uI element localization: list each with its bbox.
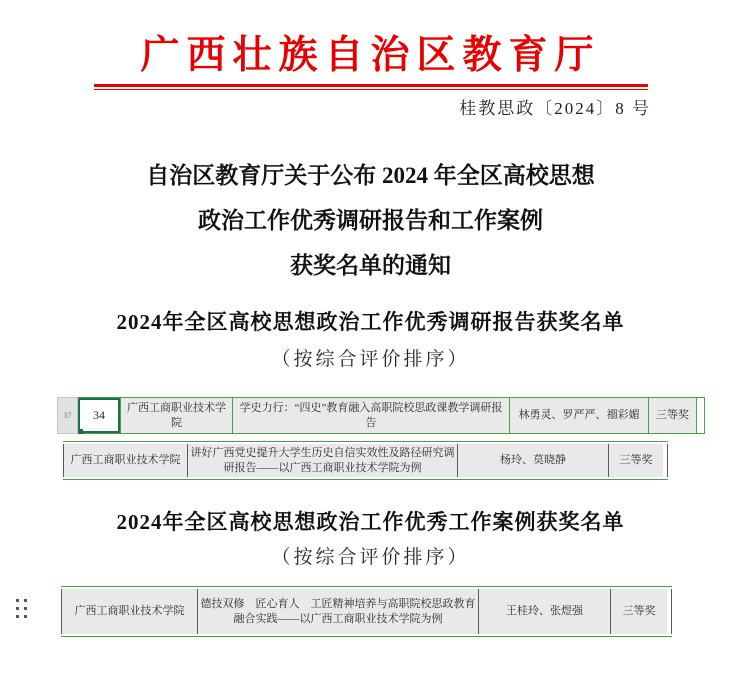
- section-2-subtitle: （按综合评价排序）: [0, 542, 741, 569]
- report-table-row-1: 37 34 广西工商职业技术学院 学史力行：“四史”教育融入高职院校思政课教学调…: [57, 397, 705, 434]
- institution-cell[interactable]: 广西工商职业技术学院: [120, 398, 232, 433]
- org-title: 广西壮族自治区教育厅: [0, 24, 741, 80]
- excel-row-number-cell[interactable]: 37: [57, 397, 78, 434]
- drag-handle-icon[interactable]: [16, 599, 27, 618]
- excel-fill-handle[interactable]: [78, 429, 83, 434]
- work-title-cell[interactable]: 学史力行：“四史”教育融入高职院校思政课教学调研报告: [232, 398, 509, 433]
- authors-cell[interactable]: 王桂玲、张煜强: [478, 589, 610, 634]
- rank-cell[interactable]: 34: [78, 398, 120, 433]
- notice-title-line-3: 获奖名单的通知: [0, 243, 741, 288]
- notice-title-line-1: 自治区教育厅关于公布 2024 年全区高校思想: [0, 153, 741, 198]
- report-row-2-cells: 广西工商职业技术学院 讲好广西党史提升大学生历史自信实效性及路径研究调研报告——…: [63, 444, 668, 477]
- report-row-1-frame: 34 广西工商职业技术学院 学史力行：“四史”教育融入高职院校思政课教学调研报告…: [78, 397, 705, 434]
- section-2-title: 2024年全区高校思想政治工作优秀工作案例获奖名单: [0, 506, 741, 536]
- authors-cell[interactable]: 林勇灵、罗严严、禤彩媚: [509, 398, 648, 433]
- work-title-cell[interactable]: 德技双修 匠心育人 工匠精神培养与高职院校思政教育融合实践——以广西工商职业技术…: [197, 589, 478, 634]
- section-1-subtitle: （按综合评价排序）: [0, 344, 741, 371]
- authors-cell[interactable]: 杨玲、莫晓静: [457, 444, 608, 477]
- document-number: 桂教思政〔2024〕8 号: [0, 94, 651, 119]
- empty-remnant-cell: [663, 444, 668, 477]
- rank-value: 34: [93, 408, 105, 423]
- institution-cell[interactable]: 广西工商职业技术学院: [63, 444, 187, 477]
- award-cell[interactable]: 三等奖: [648, 398, 696, 433]
- case-row-1-cells: 广西工商职业技术学院 德技双修 匠心育人 工匠精神培养与高职院校思政教育融合实践…: [61, 589, 672, 634]
- award-cell[interactable]: 三等奖: [610, 589, 667, 634]
- red-divider-thick-line: [94, 84, 648, 87]
- section-1-title: 2024年全区高校思想政治工作优秀调研报告获奖名单: [0, 306, 741, 336]
- empty-remnant-cell: [667, 589, 672, 634]
- case-table-row-1: 广西工商职业技术学院 德技双修 匠心育人 工匠精神培养与高职院校思政教育融合实践…: [61, 586, 672, 637]
- work-title-cell[interactable]: 讲好广西党史提升大学生历史自信实效性及路径研究调研报告——以广西工商职业技术学院…: [187, 444, 457, 477]
- notice-title: 自治区教育厅关于公布 2024 年全区高校思想 政治工作优秀调研报告和工作案例 …: [0, 153, 741, 288]
- award-cell[interactable]: 三等奖: [608, 444, 663, 477]
- empty-remnant-cell: [696, 398, 704, 433]
- red-divider-thin-line: [94, 89, 648, 90]
- notice-title-line-2: 政治工作优秀调研报告和工作案例: [0, 198, 741, 243]
- red-divider: [94, 84, 648, 90]
- report-table-row-2: 广西工商职业技术学院 讲好广西党史提升大学生历史自信实效性及路径研究调研报告——…: [63, 441, 668, 480]
- institution-cell[interactable]: 广西工商职业技术学院: [61, 589, 197, 634]
